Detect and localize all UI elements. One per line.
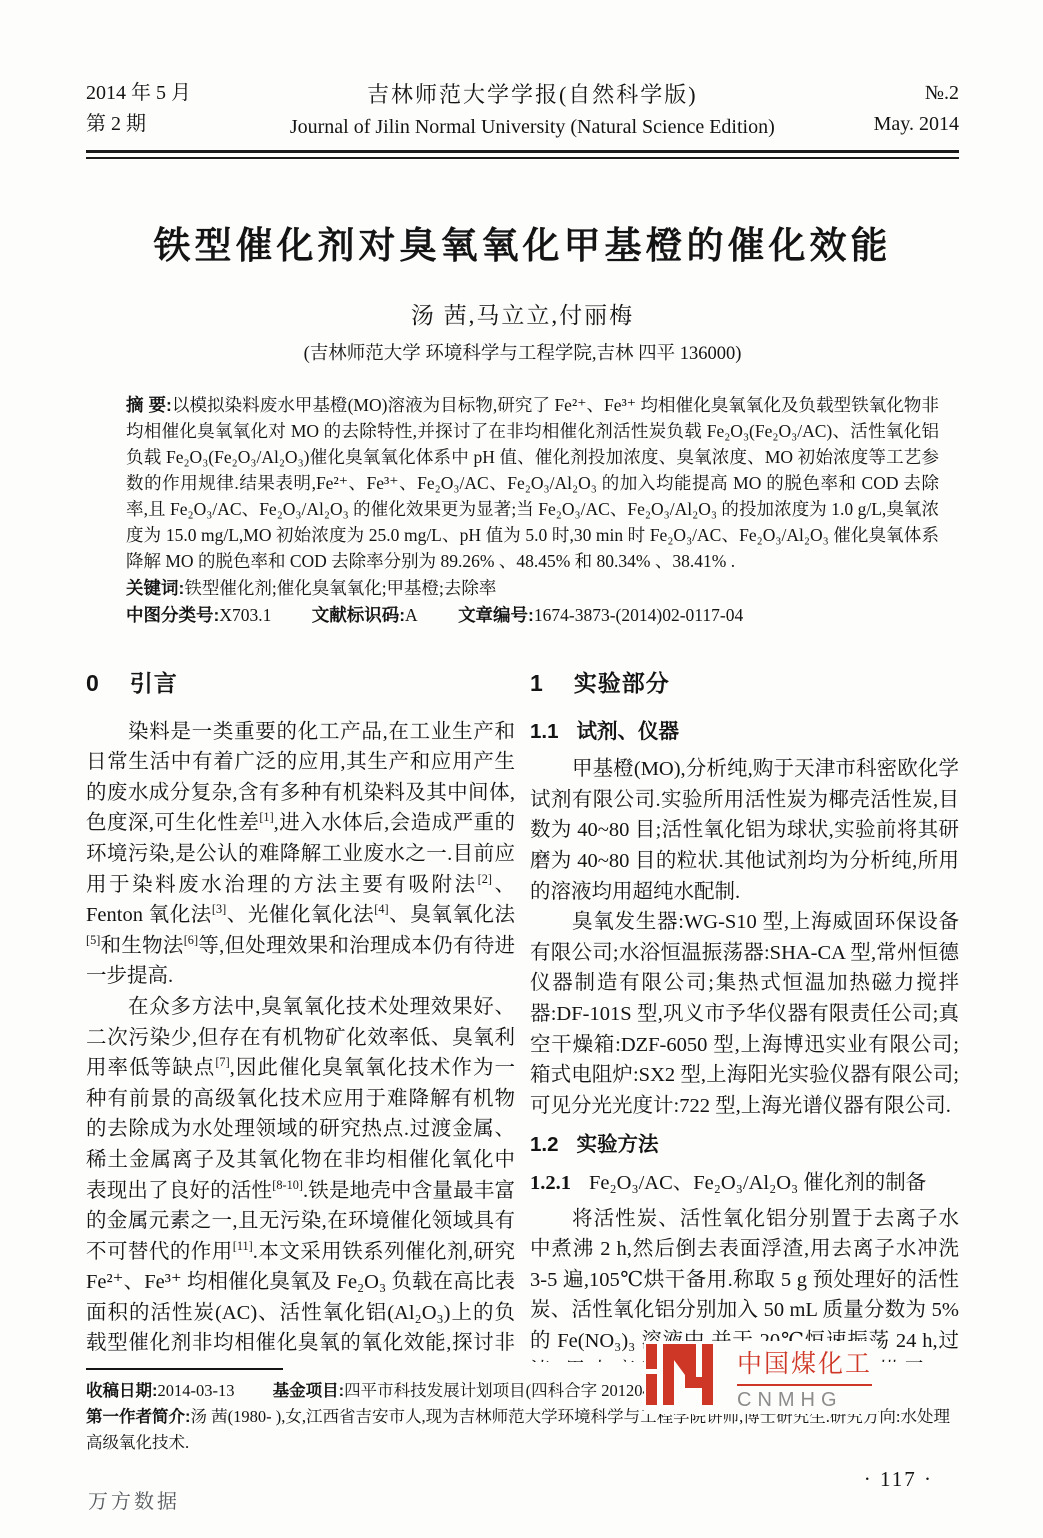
clc-label: 中图分类号:	[126, 605, 219, 625]
article-authors: 汤 茜,马立立,付丽梅	[86, 297, 959, 330]
intro-paragraph-1: 染料是一类重要的化工产品,在工业生产和日常生活中有着广泛的应用,其生产和应用产生…	[86, 717, 515, 992]
wanfang-data-mark: 万方数据	[88, 1485, 180, 1514]
cnmhg-watermark-text: 中国煤化工 CNMHG	[737, 1343, 872, 1412]
doc-code-value: A	[405, 605, 418, 625]
classification-line: 中图分类号:X703.1 文献标识码:A 文章编号:1674-3873-(201…	[126, 602, 939, 628]
header-date-en: May. 2014	[874, 109, 959, 140]
section-1-2-heading: 1.2实验方法	[530, 1130, 959, 1161]
fund-label: 基金项目:	[273, 1382, 345, 1400]
cnmhg-cn-text: 中国煤化工	[737, 1344, 872, 1386]
header-center: 吉林师范大学学报(自然科学版) Journal of Jilin Normal …	[191, 78, 874, 139]
received-date-label: 收稿日期:	[86, 1382, 158, 1400]
header-issue-no: №.2	[874, 78, 959, 109]
abstract: 摘 要:以模拟染料废水甲基橙(MO)溶液为目标物,研究了 Fe²⁺、Fe³⁺ 均…	[126, 392, 939, 574]
section-0-heading: 0引言	[86, 668, 515, 699]
journal-name-en: Journal of Jilin Normal University (Natu…	[191, 116, 874, 139]
intro-paragraph-2: 在众多方法中,臭氧氧化技术处理效果好、二次污染少,但存在有机物矿化效率低、臭氧利…	[86, 992, 515, 1362]
body-columns: 0引言 染料是一类重要的化工产品,在工业生产和日常生活中有着广泛的应用,其生产和…	[86, 666, 959, 1362]
page-number: · 117 ·	[86, 1467, 959, 1492]
footnote-divider	[86, 1368, 283, 1370]
header-right: №.2 May. 2014	[874, 78, 959, 140]
left-column: 0引言 染料是一类重要的化工产品,在工业生产和日常生活中有着广泛的应用,其生产和…	[86, 666, 515, 1362]
right-column: 1实验部分 1.1试剂、仪器 甲基橙(MO),分析纯,购于天津市科密欧化学试剂有…	[530, 666, 959, 1362]
header-issue-cn: 第 2 期	[86, 109, 191, 140]
experiment-paragraph-2: 臭氧发生器:WG-S10 型,上海威固环保设备有限公司;水浴恒温振荡器:SHA-…	[530, 907, 959, 1121]
header-left: 2014 年 5 月 第 2 期	[86, 78, 191, 140]
abstract-label: 摘 要:	[126, 395, 172, 415]
received-date-value: 2014-03-13	[158, 1381, 235, 1400]
article-no-value: 1674-3873-(2014)02-0117-04	[534, 605, 743, 625]
fund-value: 四平市科技发展计划项目(四科合字 2012041 号)	[344, 1381, 685, 1400]
experiment-paragraph-3: 将活性炭、活性氧化铝分别置于去离子水中煮沸 2 h,然后倒去表面浮渣,用去离子水…	[530, 1204, 959, 1363]
keywords: 关键词:铁型催化剂;催化臭氧氧化;甲基橙;去除率	[126, 575, 939, 601]
article-no-label: 文章编号:	[458, 605, 534, 625]
experiment-paragraph-1: 甲基橙(MO),分析纯,购于天津市科密欧化学试剂有限公司.实验所用活性炭为椰壳活…	[530, 754, 959, 907]
section-1-heading: 1实验部分	[530, 668, 959, 699]
abstract-text: 以模拟染料废水甲基橙(MO)溶液为目标物,研究了 Fe²⁺、Fe³⁺ 均相催化臭…	[126, 395, 939, 571]
cnmhg-watermark: 中国煤化工 CNMHG	[644, 1341, 878, 1414]
first-author-label: 第一作者简介:	[86, 1408, 191, 1426]
cnmhg-logo-icon	[646, 1343, 726, 1411]
header-divider	[86, 150, 959, 159]
section-1-2-1-heading: 1.2.1Fe₂O₃/AC、Fe₂O₃/Al₂O₃ 催化剂的制备	[530, 1168, 959, 1199]
header-date-cn: 2014 年 5 月	[86, 78, 191, 109]
cnmhg-en-text: CNMHG	[737, 1389, 872, 1412]
keywords-label: 关键词:	[126, 578, 184, 598]
article-title: 铁型催化剂对臭氧氧化甲基橙的催化效能	[86, 215, 959, 269]
paper-page: 2014 年 5 月 第 2 期 吉林师范大学学报(自然科学版) Journal…	[0, 0, 1043, 1538]
journal-header: 2014 年 5 月 第 2 期 吉林师范大学学报(自然科学版) Journal…	[86, 78, 959, 140]
clc-value: X703.1	[219, 605, 271, 625]
keywords-text: 铁型催化剂;催化臭氧氧化;甲基橙;去除率	[184, 578, 496, 598]
article-affiliation: (吉林师范大学 环境科学与工程学院,吉林 四平 136000)	[86, 339, 959, 365]
abstract-block: 摘 要:以模拟染料废水甲基橙(MO)溶液为目标物,研究了 Fe²⁺、Fe³⁺ 均…	[126, 392, 939, 628]
journal-name-cn: 吉林师范大学学报(自然科学版)	[191, 78, 874, 109]
section-1-1-heading: 1.1试剂、仪器	[530, 717, 959, 748]
doc-code-label: 文献标识码:	[312, 605, 405, 625]
